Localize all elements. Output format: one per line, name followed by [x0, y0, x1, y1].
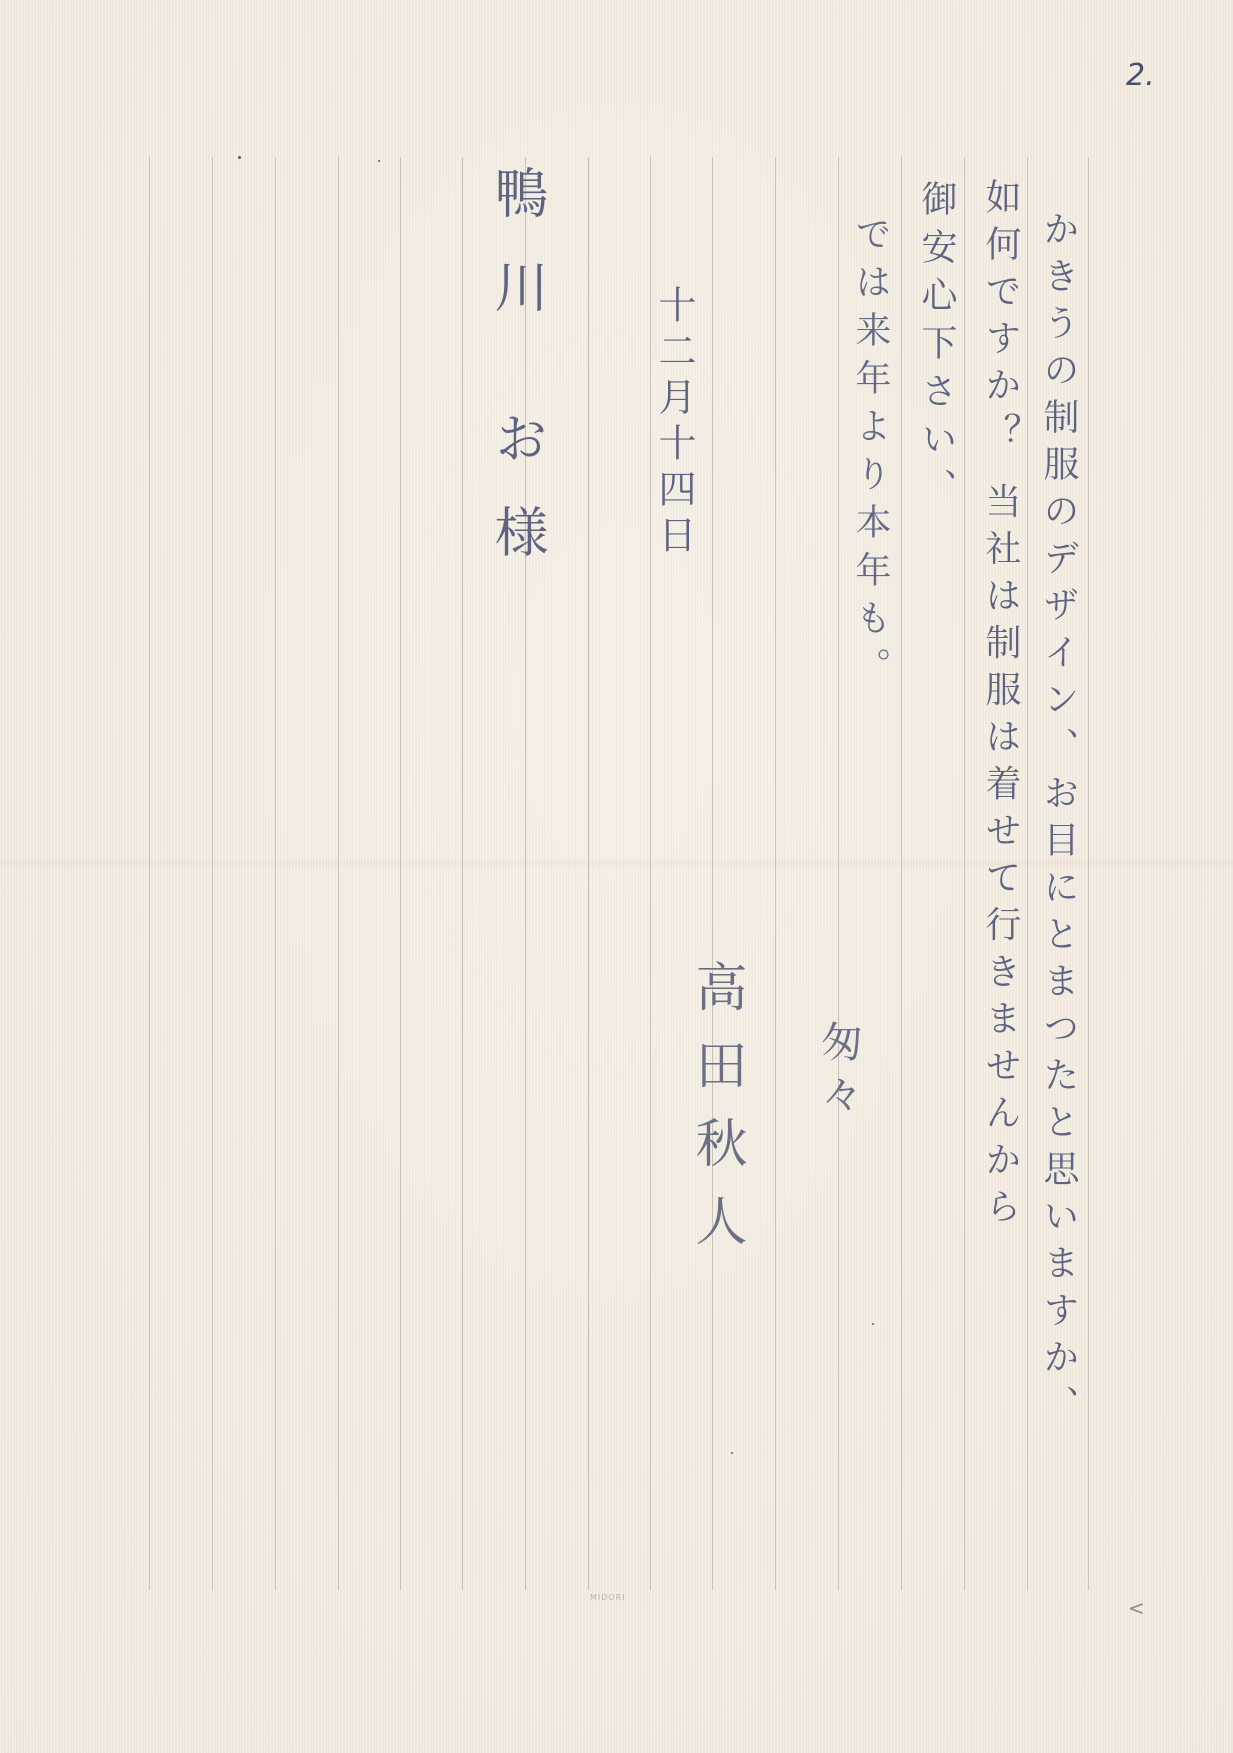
paper-speck [872, 1323, 874, 1325]
recipient-name: 鴨川 お様 [490, 165, 544, 598]
ruled-line [149, 157, 150, 1590]
letter-body-line-1: かきうの制服のデザイン、お目にとまつたと思いますか、 [1040, 210, 1076, 1432]
paper-speck [378, 160, 380, 162]
ruled-line [901, 157, 902, 1590]
ruled-line [1027, 157, 1028, 1590]
sender-signature: 高田秋人 [690, 960, 742, 1272]
ruled-line [275, 157, 276, 1590]
ruled-line [650, 157, 651, 1590]
paper-speck [731, 1452, 733, 1454]
letter-date: 十二月十四日 [655, 285, 693, 561]
ruled-line [838, 157, 839, 1590]
ruled-line [1088, 157, 1089, 1590]
page-number: 2. [1126, 58, 1155, 93]
ruled-line [212, 157, 213, 1590]
ruled-line [712, 157, 713, 1590]
paper-speck [238, 156, 241, 159]
ruled-line [775, 157, 776, 1590]
paper-brand-mark: MIDORI [590, 1593, 626, 1602]
ruled-line [964, 157, 965, 1590]
letter-page: 2. かきうの制服のデザイン、お目にとまつたと思いますか、 如何ですか？ 当社は… [0, 0, 1233, 1753]
ruled-line [400, 157, 401, 1590]
letter-body-line-2: 如何ですか？ 当社は制服は着せて行きませんから [982, 178, 1018, 1234]
ruled-line [462, 157, 463, 1590]
corner-check-mark: < [1128, 1596, 1145, 1620]
closing-salutation: 匆々 [818, 1020, 860, 1124]
letter-body-line-3: 御安心下さい、 [918, 180, 954, 516]
ruled-line [588, 157, 589, 1590]
letter-body-line-4: では来年より本年も。 [852, 215, 888, 695]
ruled-line [338, 157, 339, 1590]
